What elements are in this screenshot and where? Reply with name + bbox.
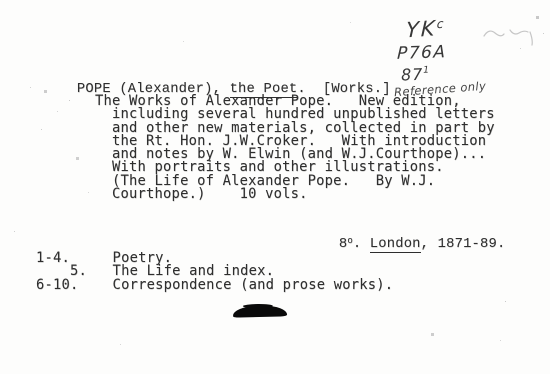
ink-blot <box>233 305 287 317</box>
handwritten-shelfmark-line2: P76A <box>397 42 447 64</box>
description-paragraph: The Works of Alexander Pope. New edition… <box>95 95 495 201</box>
handwritten-shelfmark-line3: 871 <box>401 64 431 84</box>
shelfmark-87-superscript: 1 <box>423 64 430 75</box>
imprint-separator: . <box>353 237 370 252</box>
faint-pencil-scribble <box>482 20 542 50</box>
shelfmark-87: 87 <box>401 65 424 85</box>
contents-list: 1-4. Poetry. 5. The Life and index. 6-10… <box>36 252 393 292</box>
handwritten-shelfmark-line1: YKc <box>406 16 446 43</box>
imprint-dates: , 1871-89. <box>421 237 506 252</box>
shelfmark-yk-superscript: c <box>436 17 445 32</box>
catalog-card-scan: POPE (Alexander), the Poet. [Works.] The… <box>0 0 550 374</box>
scan-noise-speckles <box>0 0 1 1</box>
shelfmark-yk: YK <box>406 16 437 42</box>
imprint-place-underlined: London <box>370 237 421 253</box>
